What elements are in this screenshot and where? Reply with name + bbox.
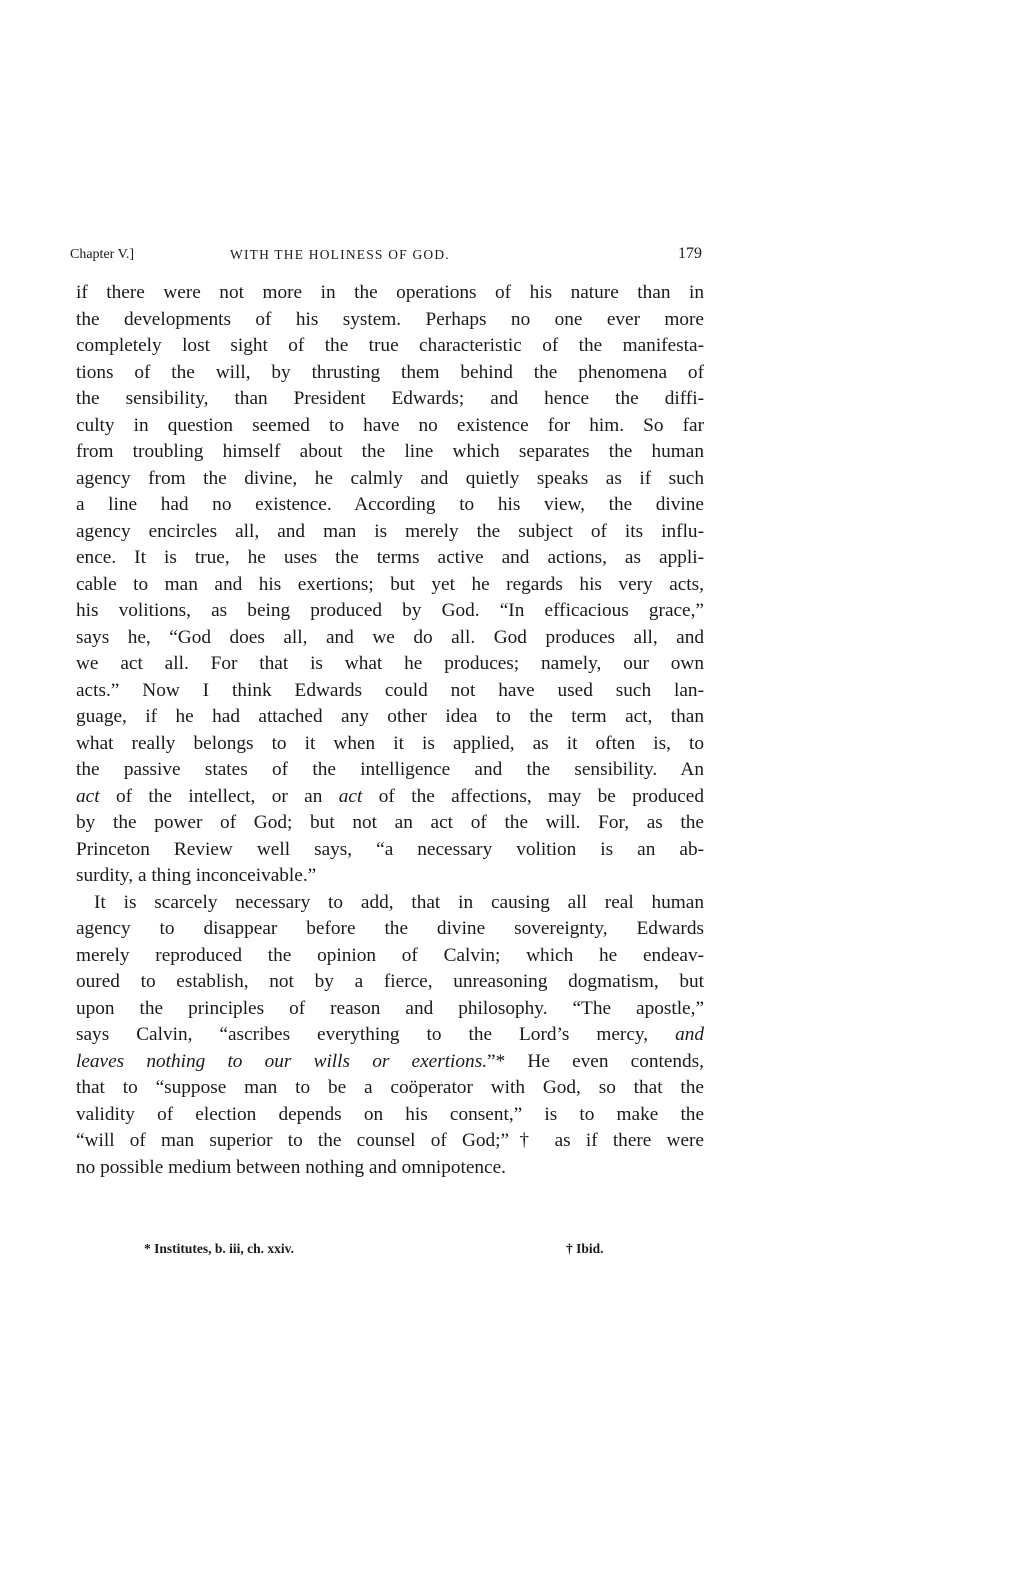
text-span: says Calvin, “ascribes everything to the… bbox=[76, 1024, 675, 1045]
running-header: Chapter V.] WITH THE HOLINESS OF GOD. 17… bbox=[70, 247, 702, 271]
text-line: we act all. For that is what he produces… bbox=[76, 651, 704, 678]
italic-text: and bbox=[675, 1024, 704, 1045]
text-line: by the power of God; but not an act of t… bbox=[76, 810, 704, 837]
text-line-mixed: says Calvin, “ascribes everything to the… bbox=[76, 1022, 704, 1049]
text-line: merely reproduced the opinion of Calvin;… bbox=[76, 943, 704, 970]
text-line: ence. It is true, he uses the terms acti… bbox=[76, 545, 704, 572]
italic-text: act bbox=[76, 786, 100, 807]
text-line-mixed: act of the intellect, or an act of the a… bbox=[76, 784, 704, 811]
footnote-asterisk: * Institutes, b. iii, ch. xxiv. bbox=[144, 1241, 294, 1257]
text-span: of the intellect, or an bbox=[100, 786, 339, 807]
italic-text: act bbox=[339, 786, 363, 807]
text-span: ”* He even contends, bbox=[487, 1051, 704, 1072]
text-line: says he, “God does all, and we do all. G… bbox=[76, 625, 704, 652]
text-line: cable to man and his exertions; but yet … bbox=[76, 572, 704, 599]
text-line: acts.” Now I think Edwards could not hav… bbox=[76, 678, 704, 705]
italic-text: leaves nothing to our wills or exertions… bbox=[76, 1051, 487, 1072]
page-body: if there were not more in the operations… bbox=[76, 280, 704, 1181]
text-line: no possible medium between nothing and o… bbox=[76, 1155, 704, 1182]
text-line: guage, if he had attached any other idea… bbox=[76, 704, 704, 731]
text-line: if there were not more in the operations… bbox=[76, 280, 704, 307]
text-line: culty in question seemed to have no exis… bbox=[76, 413, 704, 440]
text-line: the developments of his system. Perhaps … bbox=[76, 307, 704, 334]
text-line: completely lost sight of the true charac… bbox=[76, 333, 704, 360]
text-line: tions of the will, by thrusting them beh… bbox=[76, 360, 704, 387]
page-number: 179 bbox=[678, 245, 702, 263]
text-line: “will of man superior to the counsel of … bbox=[76, 1128, 704, 1155]
text-line: upon the principles of reason and philos… bbox=[76, 996, 704, 1023]
running-title: WITH THE HOLINESS OF GOD. bbox=[230, 247, 450, 263]
text-line: agency encircles all, and man is merely … bbox=[76, 519, 704, 546]
text-line: It is scarcely necessary to add, that in… bbox=[76, 890, 704, 917]
text-line: from troubling himself about the line wh… bbox=[76, 439, 704, 466]
text-line-mixed: leaves nothing to our wills or exertions… bbox=[76, 1049, 704, 1076]
text-line: agency from the divine, he calmly and qu… bbox=[76, 466, 704, 493]
text-line: agency to disappear before the divine so… bbox=[76, 916, 704, 943]
text-line: the sensibility, than President Edwards;… bbox=[76, 386, 704, 413]
paragraph-2: It is scarcely necessary to add, that in… bbox=[76, 890, 704, 1182]
text-line: Princeton Review well says, “a necessary… bbox=[76, 837, 704, 864]
text-line: the passive states of the intelligence a… bbox=[76, 757, 704, 784]
text-line: what really belongs to it when it is app… bbox=[76, 731, 704, 758]
text-line: that to “suppose man to be a coöperator … bbox=[76, 1075, 704, 1102]
text-line: oured to establish, not by a fierce, unr… bbox=[76, 969, 704, 996]
text-line: a line had no existence. According to hi… bbox=[76, 492, 704, 519]
paragraph-1: if there were not more in the operations… bbox=[76, 280, 704, 890]
text-line: validity of election depends on his cons… bbox=[76, 1102, 704, 1129]
text-line: his volitions, as being produced by God.… bbox=[76, 598, 704, 625]
footnote-dagger: † Ibid. bbox=[566, 1241, 604, 1257]
book-page: Chapter V.] WITH THE HOLINESS OF GOD. 17… bbox=[0, 0, 1011, 1580]
chapter-label: Chapter V.] bbox=[70, 247, 134, 263]
text-span: of the affections, may be produced bbox=[362, 786, 704, 807]
text-line: surdity, a thing inconceivable.” bbox=[76, 863, 704, 890]
footnotes: * Institutes, b. iii, ch. xxiv. † Ibid. bbox=[76, 1241, 704, 1261]
